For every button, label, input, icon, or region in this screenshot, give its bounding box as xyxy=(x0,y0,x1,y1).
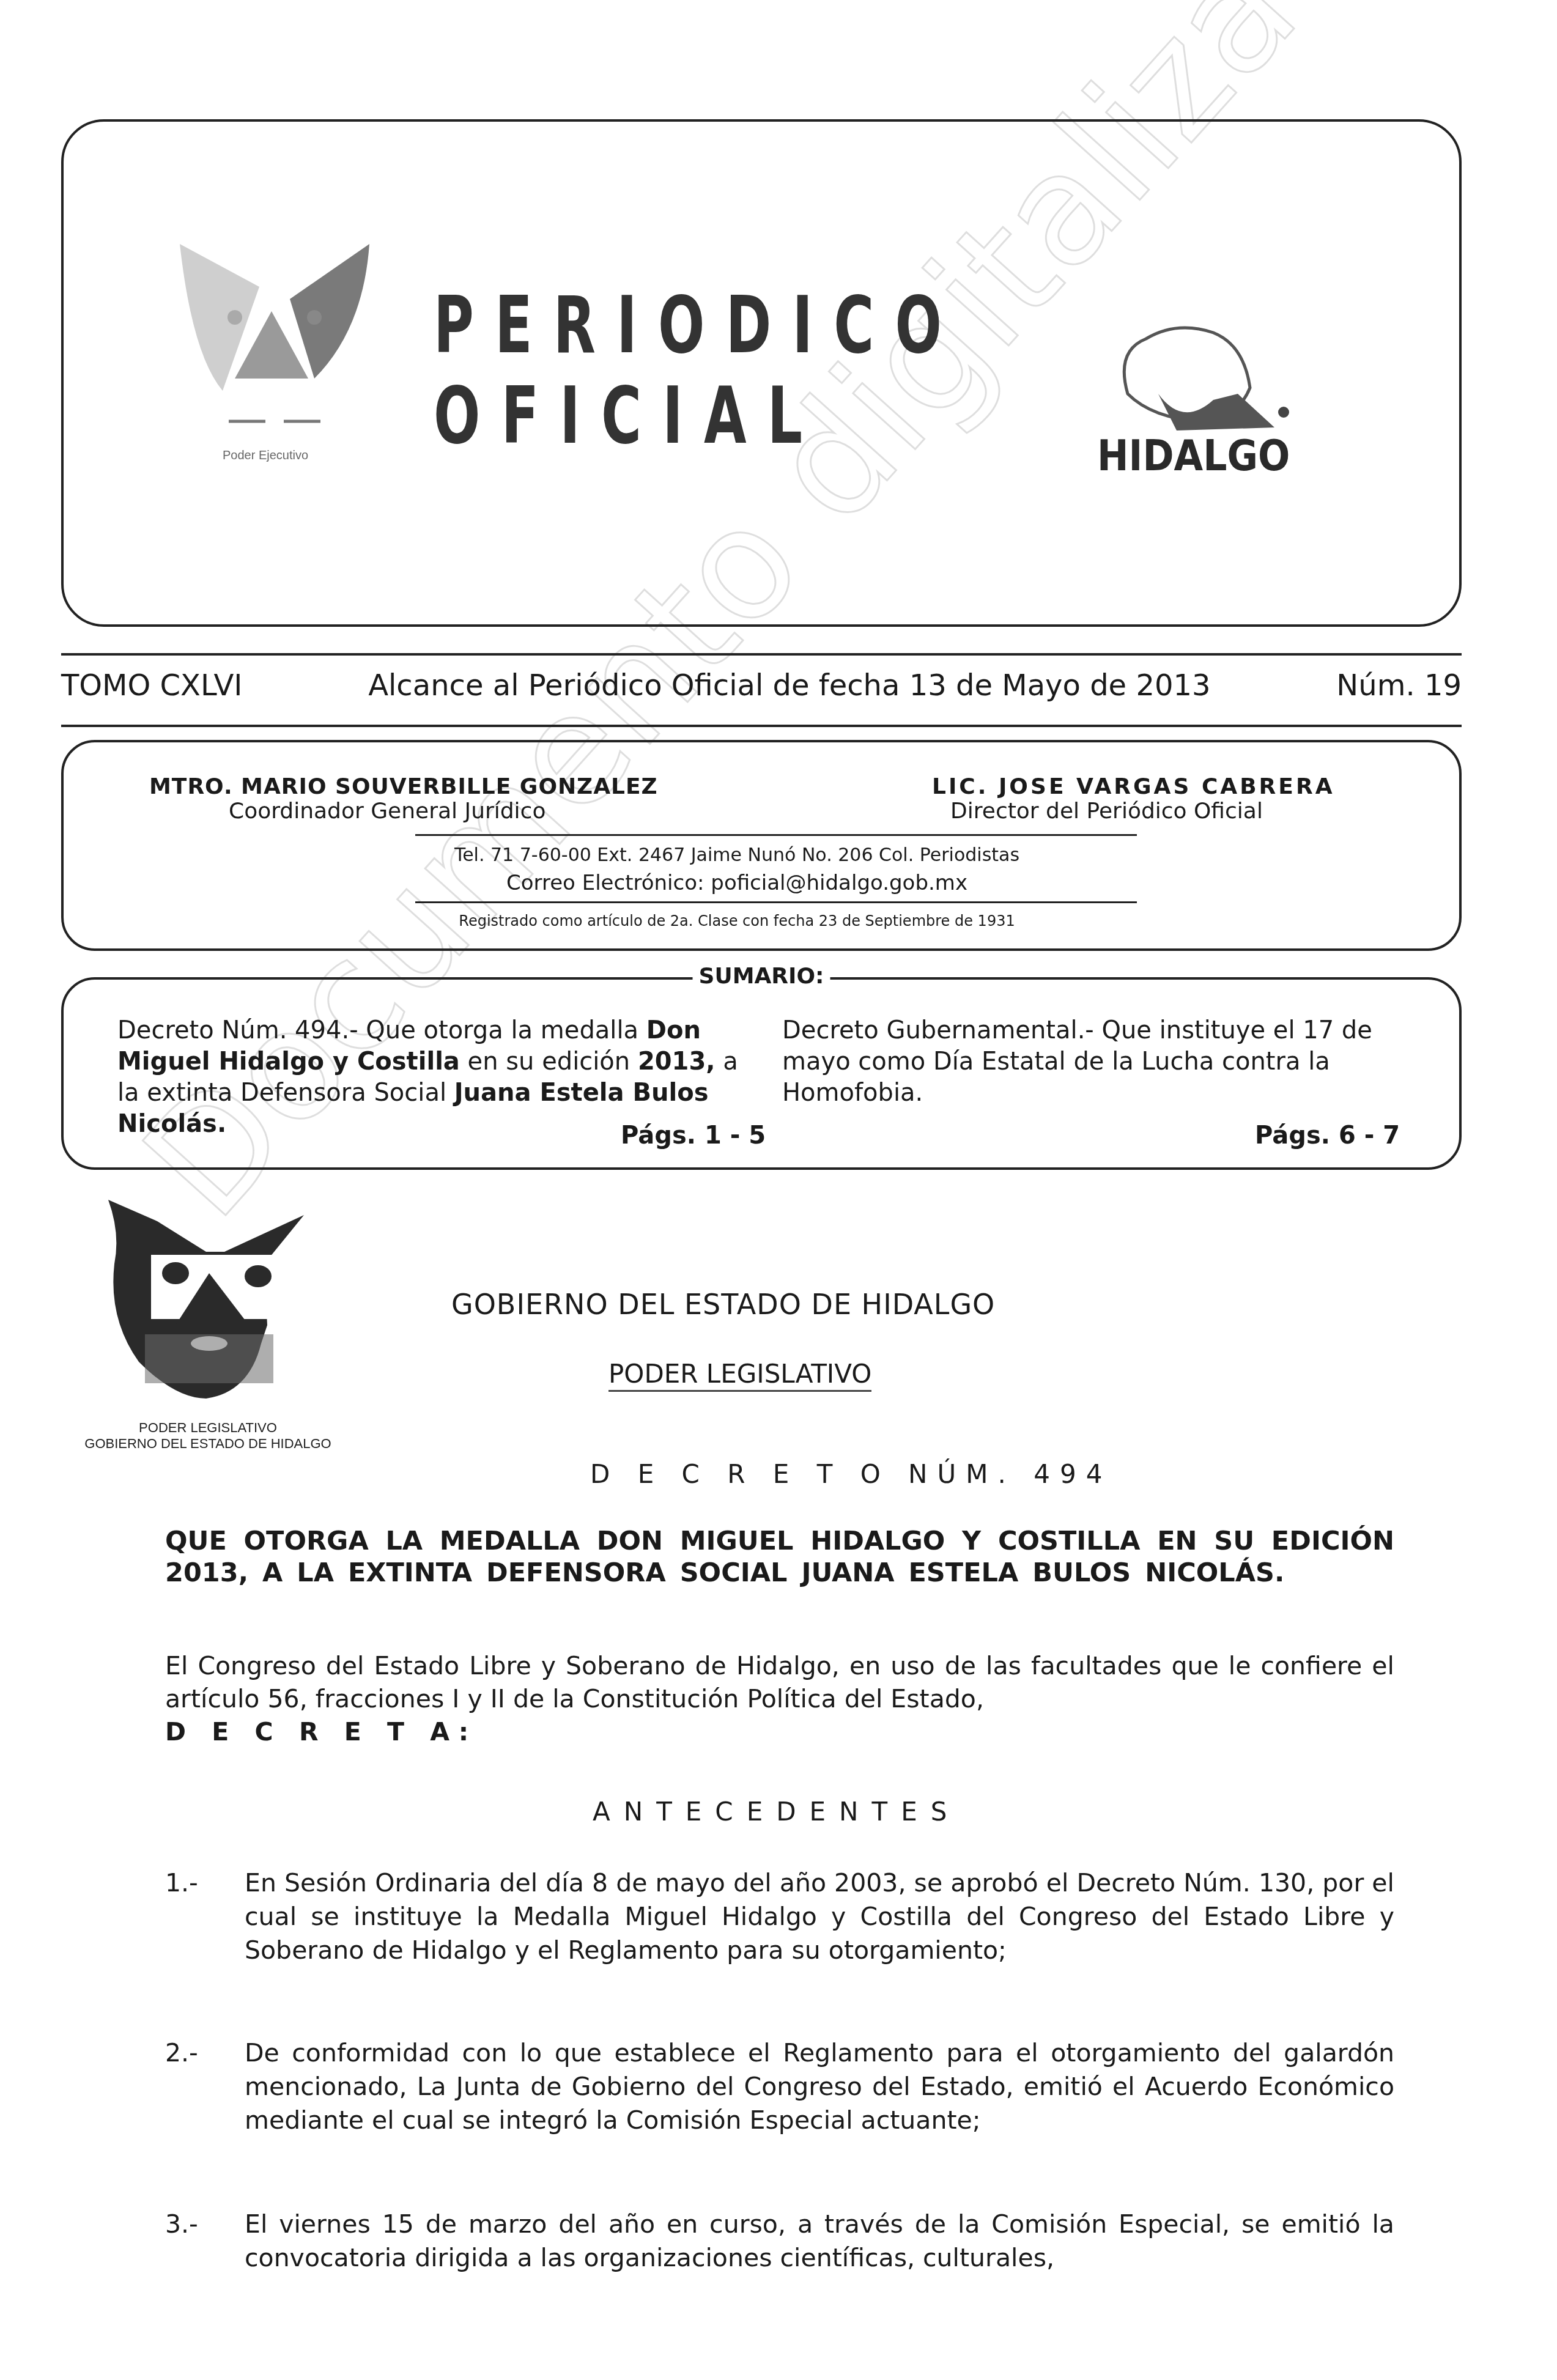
sumario-entry-2-pages: Págs. 6 - 7 xyxy=(782,1122,1400,1150)
hidalgo-portrait-icon xyxy=(1091,296,1323,437)
legislative-caption-line2: GOBIERNO DEL ESTADO DE HIDALGO xyxy=(37,1436,379,1452)
sumario-entry-1-pages: Págs. 1 - 5 xyxy=(117,1122,766,1150)
coordinator-name: MTRO. MARIO SOUVERBILLE GONZALEZ xyxy=(149,774,658,799)
contact-top-rule xyxy=(415,834,1137,836)
preamble-text: El Congreso del Estado Libre y Soberano … xyxy=(165,1651,1394,1713)
issue-number: Núm. 19 xyxy=(1336,668,1462,703)
director-role: Director del Periódico Oficial xyxy=(950,799,1263,824)
masthead: Poder Ejecutivo PERIODICO OFICIAL HIDALG… xyxy=(61,119,1462,627)
sumario-entry-1-lead: Decreto Núm. 494.- Que otorga la medalla xyxy=(117,1016,646,1044)
director-name: LIC. JOSE VARGAS CABRERA xyxy=(932,774,1335,799)
coordinator-role: Coordinador General Jurídico xyxy=(229,799,546,824)
decree-preamble: El Congreso del Estado Libre y Soberano … xyxy=(165,1649,1394,1748)
legislative-caption-line1: PODER LEGISLATIVO xyxy=(37,1420,379,1436)
issue-bottom-rule xyxy=(61,725,1462,727)
poder-ejecutivo-caption: Poder Ejecutivo xyxy=(223,449,308,463)
contact-bottom-rule xyxy=(415,901,1137,903)
masthead-title-line1: PERIODICO xyxy=(434,287,963,365)
item-text: De conformidad con lo que establece el R… xyxy=(245,2036,1394,2137)
sumario-entry-1-bold-year: 2013, xyxy=(638,1048,716,1076)
contact-phone-address: Tel. 71 7-60-00 Ext. 2467 Jaime Nunó No.… xyxy=(39,844,1435,866)
poder-legislativo-logo xyxy=(102,1197,307,1399)
sumario-box: SUMARIO: Decreto Núm. 494.- Que otorga l… xyxy=(61,977,1462,1170)
government-title: GOBIERNO DEL ESTADO DE HIDALGO xyxy=(451,1288,995,1321)
decreta-label: D E C R E T A: xyxy=(165,1717,477,1746)
legislative-logo-caption: PODER LEGISLATIVO GOBIERNO DEL ESTADO DE… xyxy=(37,1420,379,1452)
issue-line: TOMO CXLVI Alcance al Periódico Oficial … xyxy=(61,668,1462,703)
item-text: En Sesión Ordinaria del día 8 de mayo de… xyxy=(245,1866,1394,1967)
sumario-entry-2[interactable]: Decreto Gubernamental.- Que instituye el… xyxy=(782,1015,1400,1109)
branch-title: PODER LEGISLATIVO xyxy=(608,1359,871,1392)
hidalgo-logo-text: HIDALGO xyxy=(1097,431,1290,481)
antecedentes-title: ANTECEDENTES xyxy=(593,1797,960,1827)
item-number: 3.- xyxy=(165,2208,198,2241)
decree-heading: QUE OTORGA LA MEDALLA DON MIGUEL HIDALGO… xyxy=(165,1525,1394,1589)
sumario-entry-1-mid: en su edición xyxy=(460,1048,638,1076)
hidalgo-logo: HIDALGO xyxy=(1091,296,1323,473)
poder-ejecutivo-logo: Poder Ejecutivo xyxy=(168,238,375,440)
decree-number-title: D E C R E T O NÚM. 494 xyxy=(590,1459,1112,1489)
masthead-title-line2: OFICIAL xyxy=(434,377,823,456)
issue-description: Alcance al Periódico Oficial de fecha 13… xyxy=(368,668,1210,703)
item-number: 1.- xyxy=(165,1866,198,1900)
legislative-shield-icon xyxy=(102,1197,307,1399)
officials-box: MTRO. MARIO SOUVERBILLE GONZALEZ Coordin… xyxy=(61,740,1462,951)
tomo-label: TOMO CXLVI xyxy=(61,668,242,703)
item-text: El viernes 15 de marzo del año en curso,… xyxy=(245,2208,1394,2275)
item-number: 2.- xyxy=(165,2036,198,2070)
state-shield-icon xyxy=(168,238,375,440)
registration-note: Registrado como artículo de 2a. Clase co… xyxy=(39,912,1435,929)
sumario-label: SUMARIO: xyxy=(693,964,830,989)
contact-email: Correo Electrónico: poficial@hidalgo.gob… xyxy=(39,871,1435,895)
issue-top-rule xyxy=(61,653,1462,656)
